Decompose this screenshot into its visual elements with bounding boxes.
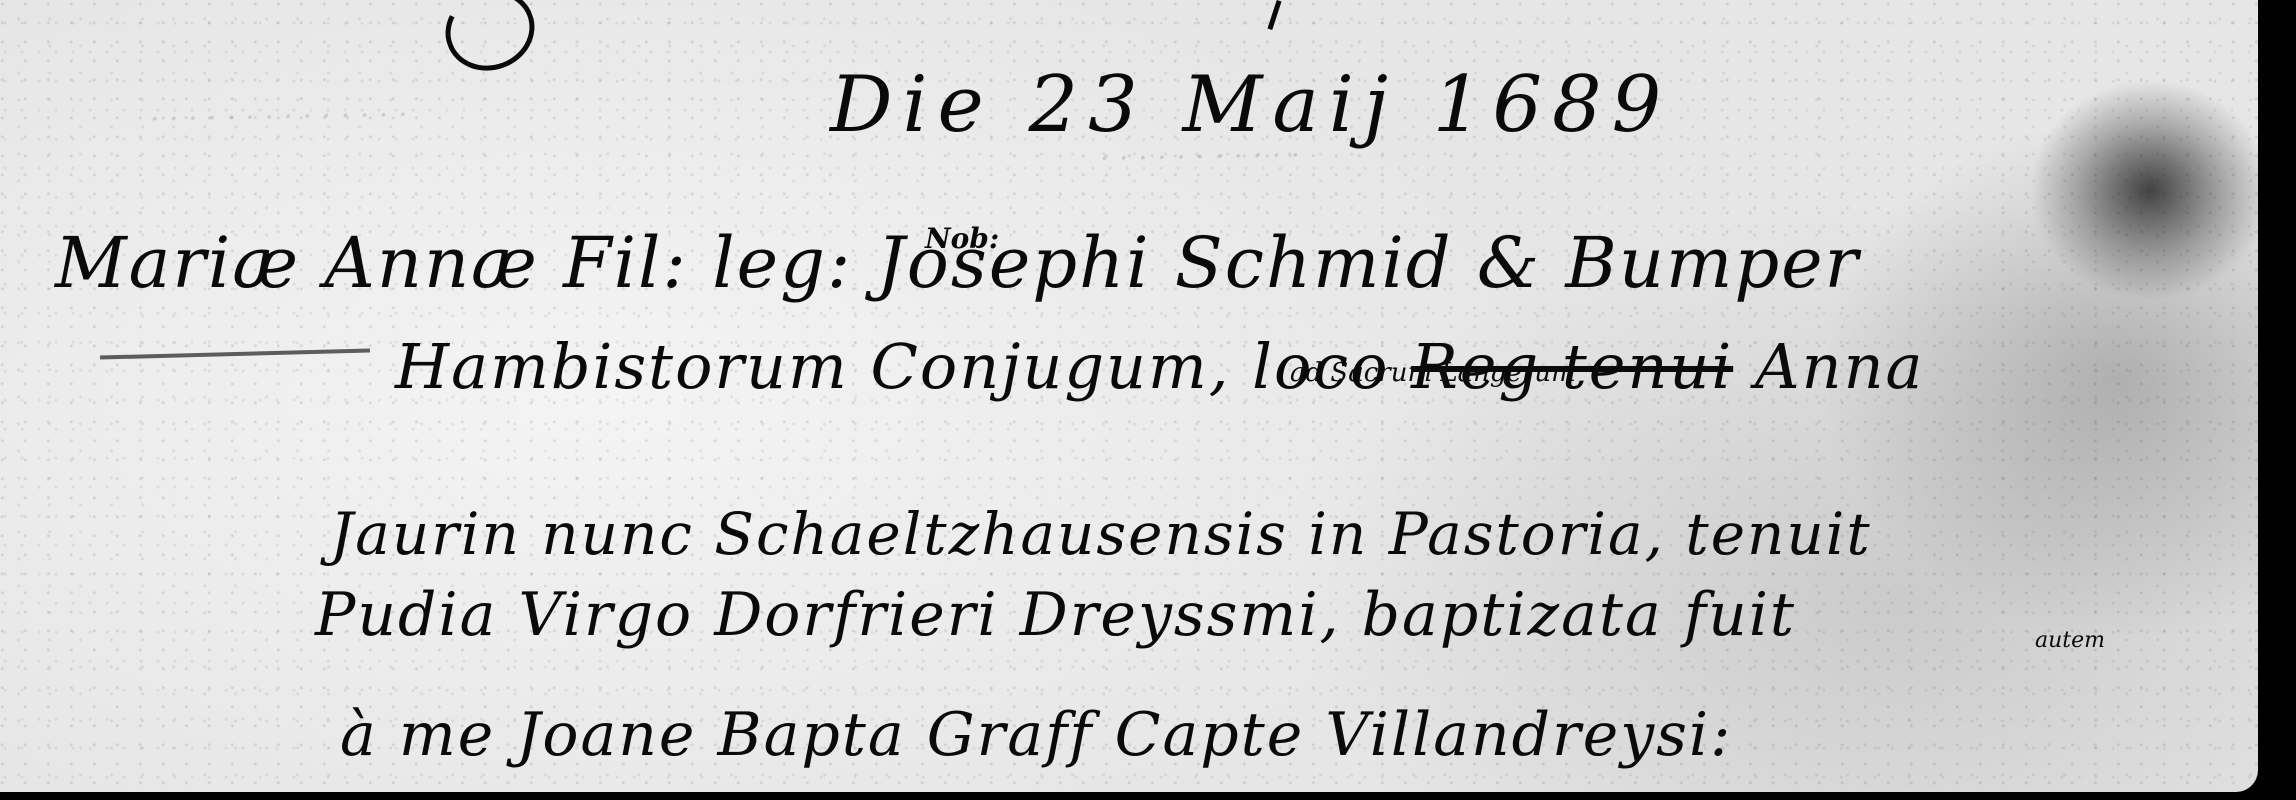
superscript-autem: autem [2035, 628, 2105, 653]
entry-line-2: Hambistorum Conjugum, loco Reg tenui Ann… [395, 330, 1924, 403]
bleed-through-text: · · · · · · · · · · · · · · [150, 98, 408, 137]
line-2-after: Anna [1755, 330, 1925, 403]
entry-line-4: Pudia Virgo Dorfrieri Dreyssmi, baptizat… [315, 580, 1796, 650]
entry-line-1: Mariæ Annæ Fil: leg: Josephi Schmid & Bu… [55, 222, 1860, 304]
struck-through-word: Reg tenui [1411, 330, 1733, 403]
entry-line-5: à me Joane Bapta Graff Capte Villandreys… [340, 700, 1732, 770]
margin-underline [100, 348, 370, 359]
manuscript-page: · · · · · · · · · · · · · · · · · · · · … [0, 0, 2258, 792]
scan-border [2258, 0, 2296, 800]
top-flourish-mark [434, 0, 546, 83]
top-pen-stroke [1267, 0, 1281, 30]
entry-line-3: Jaurin nunc Schaeltzhausensis in Pastori… [330, 500, 1872, 568]
line-2-text: Hambistorum Conjugum, loco [395, 330, 1389, 403]
entry-date: Die 23 Maij 1689 [830, 60, 1671, 150]
